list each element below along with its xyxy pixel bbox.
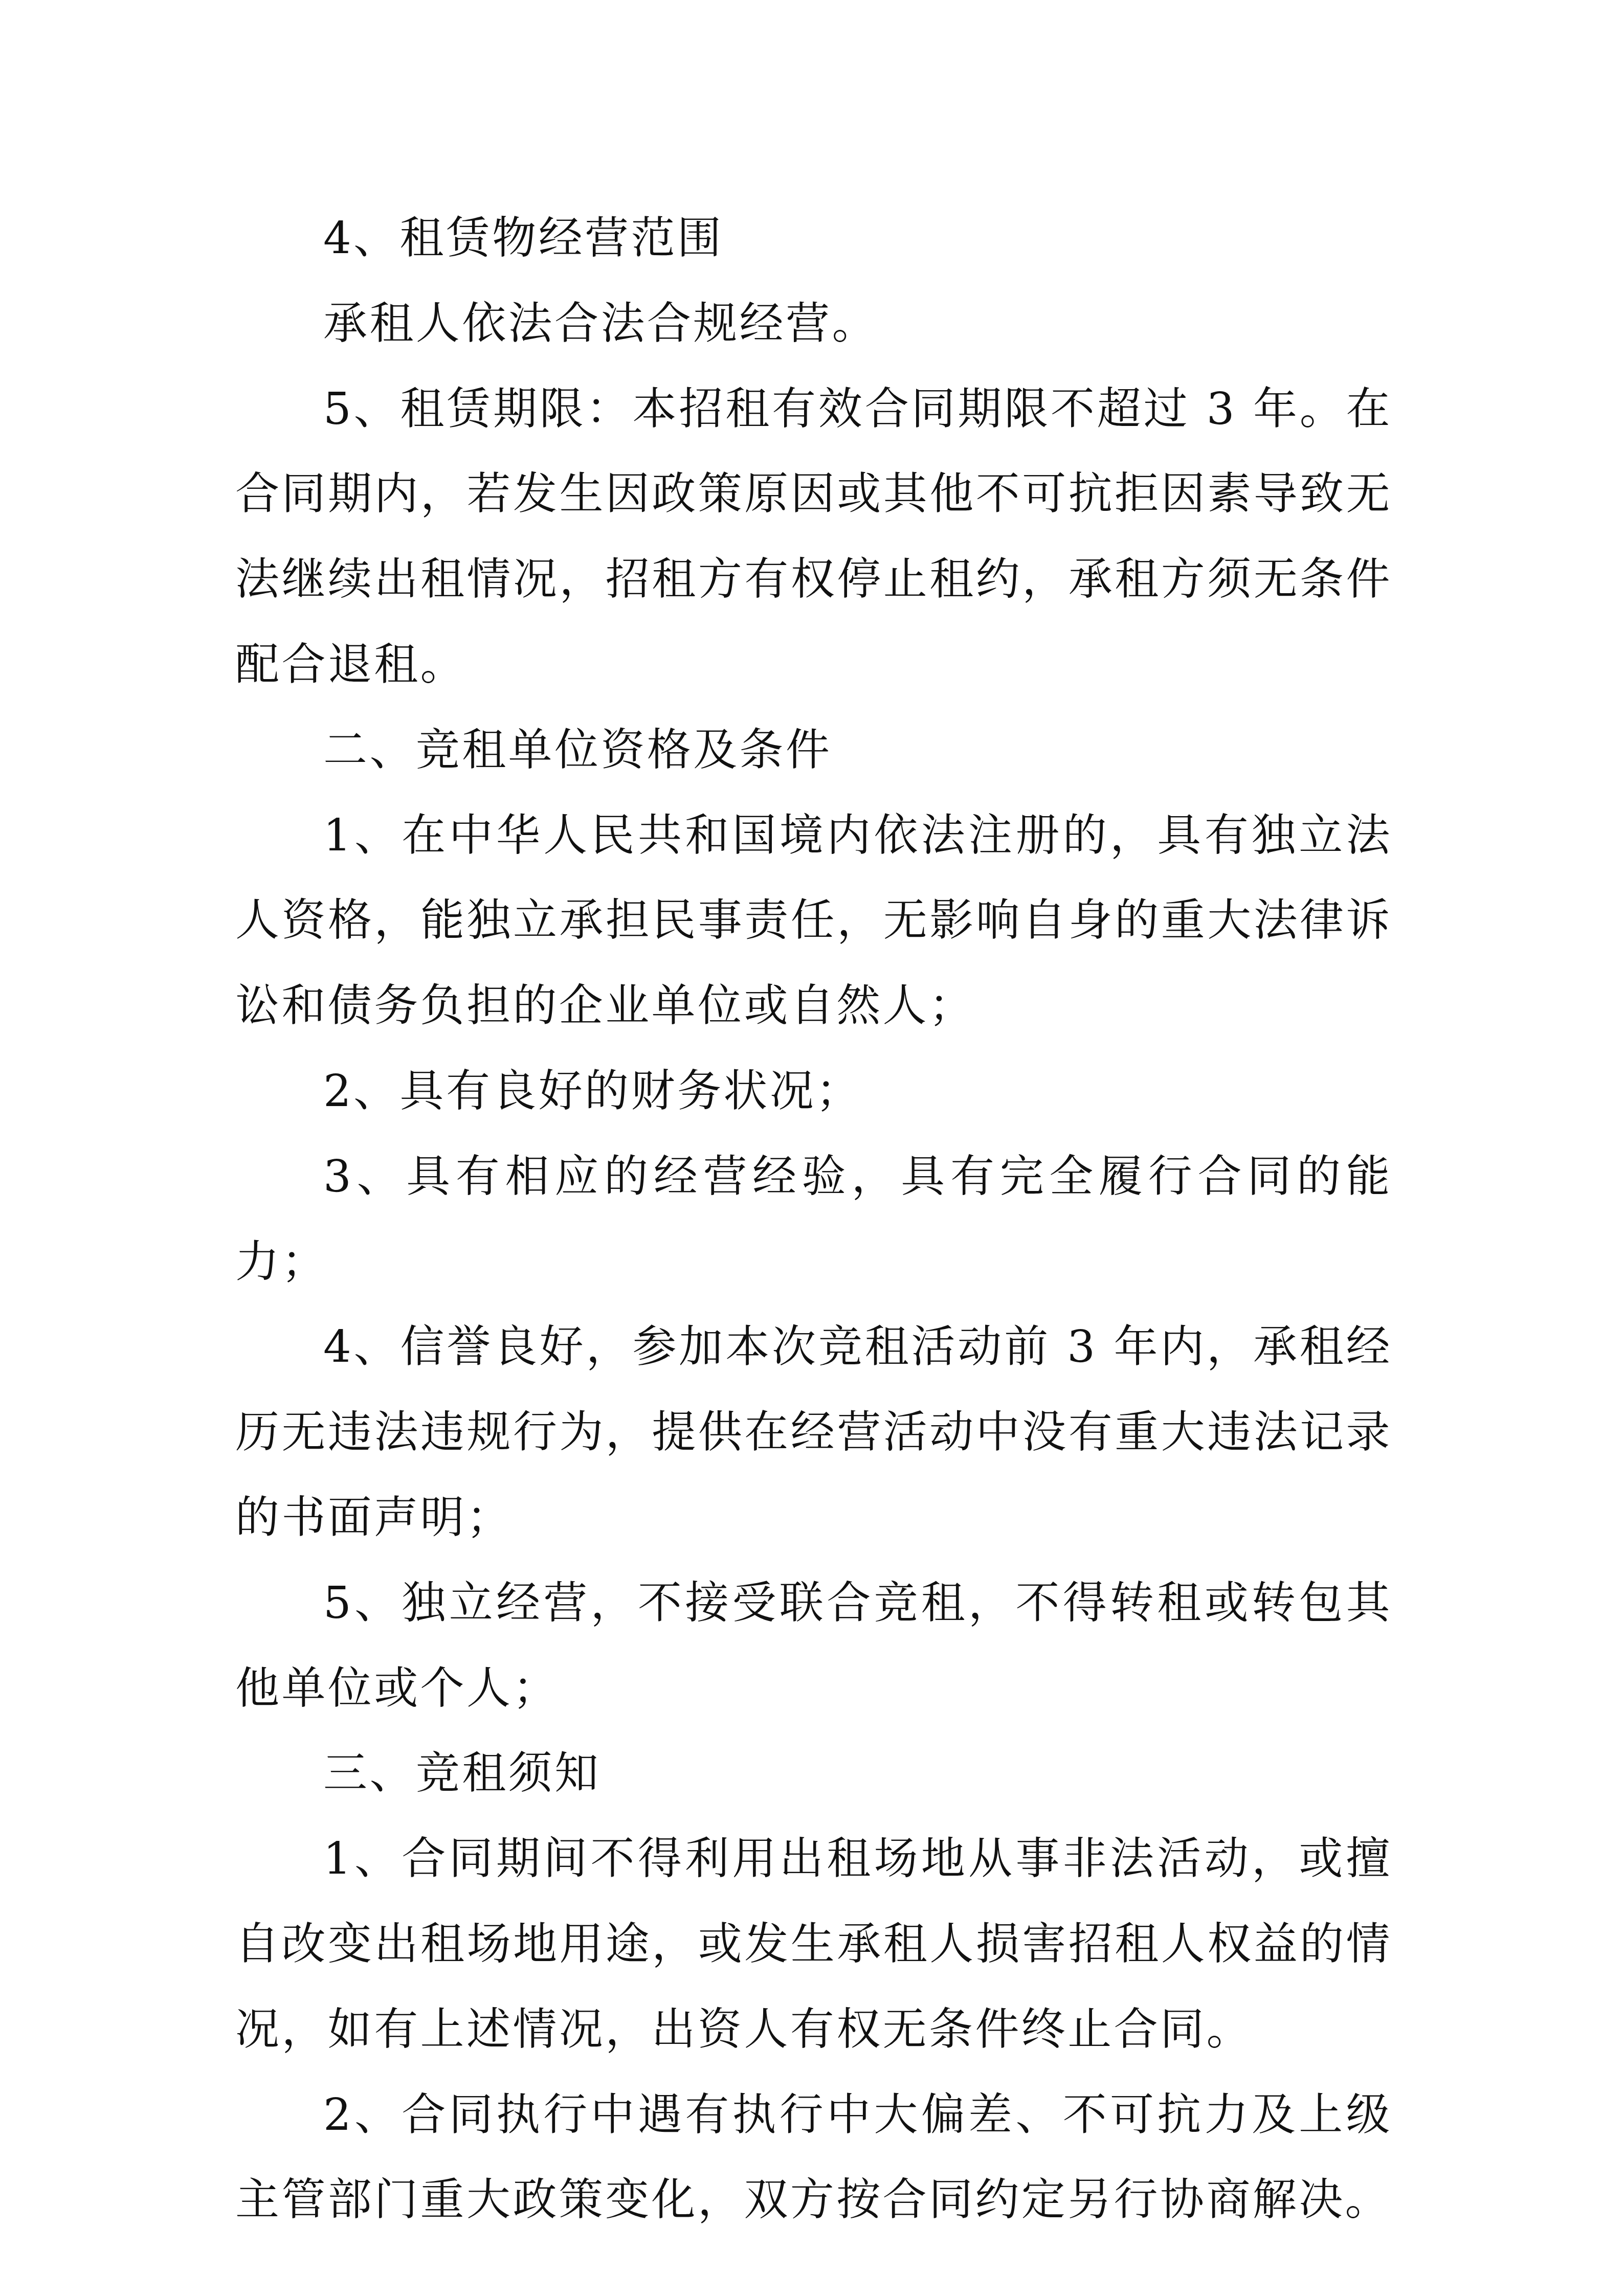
lease-term-paragraph: 5、租赁期限：本招租有效合同期限不超过 3 年。在合同期内，若发生因政策原因或其… — [235, 367, 1392, 708]
document-page: 4、租赁物经营范围 承租人依法合法合规经营。 5、租赁期限：本招租有效合同期限不… — [235, 196, 1392, 2243]
lease-scope-body: 承租人依法合法合规经营。 — [235, 281, 1392, 367]
qualification-2-paragraph: 2、具有良好的财务状况； — [235, 1049, 1392, 1134]
notice-1-paragraph: 1、合同期间不得利用出租场地从事非法活动，或擅自改变出租场地用途，或发生承租人损… — [235, 1816, 1392, 2072]
qualification-1-paragraph: 1、在中华人民共和国境内依法注册的，具有独立法人资格，能独立承担民事责任，无影响… — [235, 793, 1392, 1049]
section-3-heading: 三、竞租须知 — [235, 1731, 1392, 1816]
lease-scope-heading: 4、租赁物经营范围 — [235, 196, 1392, 281]
notice-2-paragraph: 2、合同执行中遇有执行中大偏差、不可抗力及上级主管部门重大政策变化，双方按合同约… — [235, 2073, 1392, 2243]
qualification-3-paragraph: 3、具有相应的经营经验，具有完全履行合同的能力； — [235, 1134, 1392, 1305]
qualification-4-paragraph: 4、信誉良好，参加本次竞租活动前 3 年内，承租经历无违法违规行为，提供在经营活… — [235, 1304, 1392, 1560]
section-2-heading: 二、竞租单位资格及条件 — [235, 708, 1392, 793]
qualification-5-paragraph: 5、独立经营，不接受联合竞租，不得转租或转包其他单位或个人； — [235, 1561, 1392, 1731]
